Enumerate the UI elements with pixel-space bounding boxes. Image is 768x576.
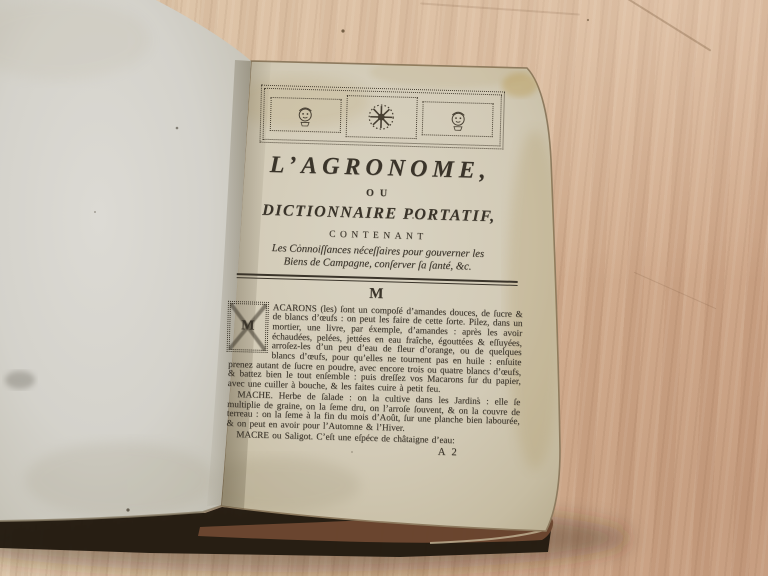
dropcap-woodcut: M xyxy=(229,302,267,350)
headpiece-ornament xyxy=(262,88,501,147)
entry-macarons: MACARONS (les) ſont un compoſé d’amandes… xyxy=(228,301,523,396)
photo-scene: L’AGRONOME, OU DICTIONNAIRE PORTATIF, CO… xyxy=(0,0,768,576)
entry-macarons-text: ACARONS (les) ſont un compoſé d’amandes … xyxy=(228,302,523,394)
rosette-icon xyxy=(366,102,397,133)
tagline: Les Connoiſſances néceſſaires pour gouve… xyxy=(231,241,525,274)
headpiece-right-panel xyxy=(422,101,494,137)
wood-speck xyxy=(341,29,344,32)
wood-speck xyxy=(587,19,589,21)
cherub-face-icon xyxy=(294,103,317,128)
title-page-content: L’AGRONOME, OU DICTIONNAIRE PORTATIF, CO… xyxy=(226,87,529,460)
headpiece-center-panel xyxy=(345,95,417,139)
book-subtitle: DICTIONNAIRE PORTATIF, xyxy=(232,200,525,228)
book-title: L’AGRONOME, xyxy=(233,150,527,187)
cherub-face-icon xyxy=(447,107,470,132)
headpiece-left-panel xyxy=(269,97,341,133)
